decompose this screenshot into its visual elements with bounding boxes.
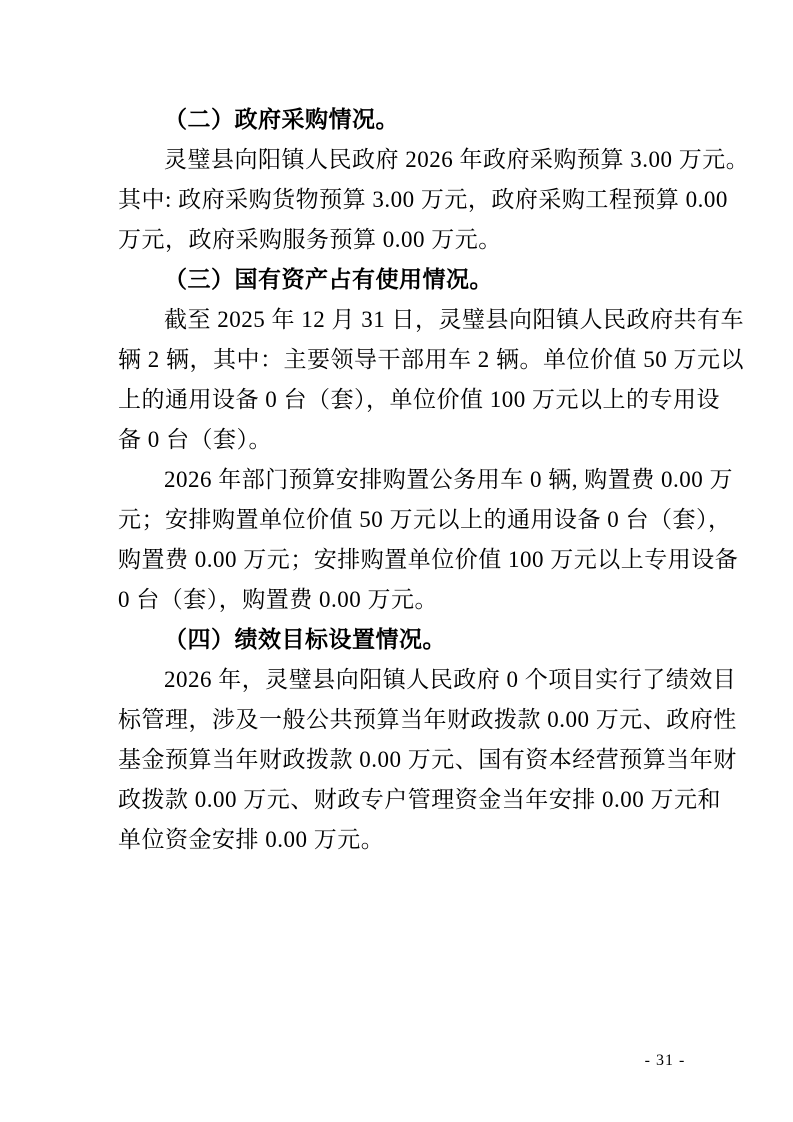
body-line: 截至 2025 年 12 月 31 日，灵璧县向阳镇人民政府共有车 (118, 300, 690, 340)
body-line: 基金预算当年财政拨款 0.00 万元、国有资本经营预算当年财 (118, 740, 690, 780)
body-line: 购置费 0.00 万元；安排购置单位价值 100 万元以上专用设备 (118, 540, 690, 580)
section-heading-gov-procurement: （二）政府采购情况。 (118, 100, 690, 140)
body-line: 上的通用设备 0 台（套），单位价值 100 万元以上的专用设 (118, 380, 690, 420)
section-heading-performance-targets: （四）绩效目标设置情况。 (118, 620, 690, 660)
body-line: 2026 年部门预算安排购置公务用车 0 辆, 购置费 0.00 万 (118, 460, 690, 500)
body-line: 其中: 政府采购货物预算 3.00 万元，政府采购工程预算 0.00 (118, 180, 690, 220)
document-body: （二）政府采购情况。 灵璧县向阳镇人民政府 2026 年政府采购预算 3.00 … (118, 100, 690, 860)
body-line: 政拨款 0.00 万元、财政专户管理资金当年安排 0.00 万元和 (118, 780, 690, 820)
body-line: 标管理，涉及一般公共预算当年财政拨款 0.00 万元、政府性 (118, 700, 690, 740)
body-line: 万元，政府采购服务预算 0.00 万元。 (118, 220, 690, 260)
section-heading-state-assets: （三）国有资产占有使用情况。 (118, 260, 690, 300)
page-number: - 31 - (640, 1051, 690, 1071)
body-line: 辆 2 辆，其中：主要领导干部用车 2 辆。单位价值 50 万元以 (118, 340, 690, 380)
body-line: 灵璧县向阳镇人民政府 2026 年政府采购预算 3.00 万元。 (118, 140, 690, 180)
body-line: 备 0 台（套）。 (118, 420, 690, 460)
body-line: 单位资金安排 0.00 万元。 (118, 820, 690, 860)
document-page: （二）政府采购情况。 灵璧县向阳镇人民政府 2026 年政府采购预算 3.00 … (0, 0, 793, 1122)
body-line: 2026 年，灵璧县向阳镇人民政府 0 个项目实行了绩效目 (118, 660, 690, 700)
body-line: 0 台（套），购置费 0.00 万元。 (118, 580, 690, 620)
body-line: 元；安排购置单位价值 50 万元以上的通用设备 0 台（套）， (118, 500, 690, 540)
